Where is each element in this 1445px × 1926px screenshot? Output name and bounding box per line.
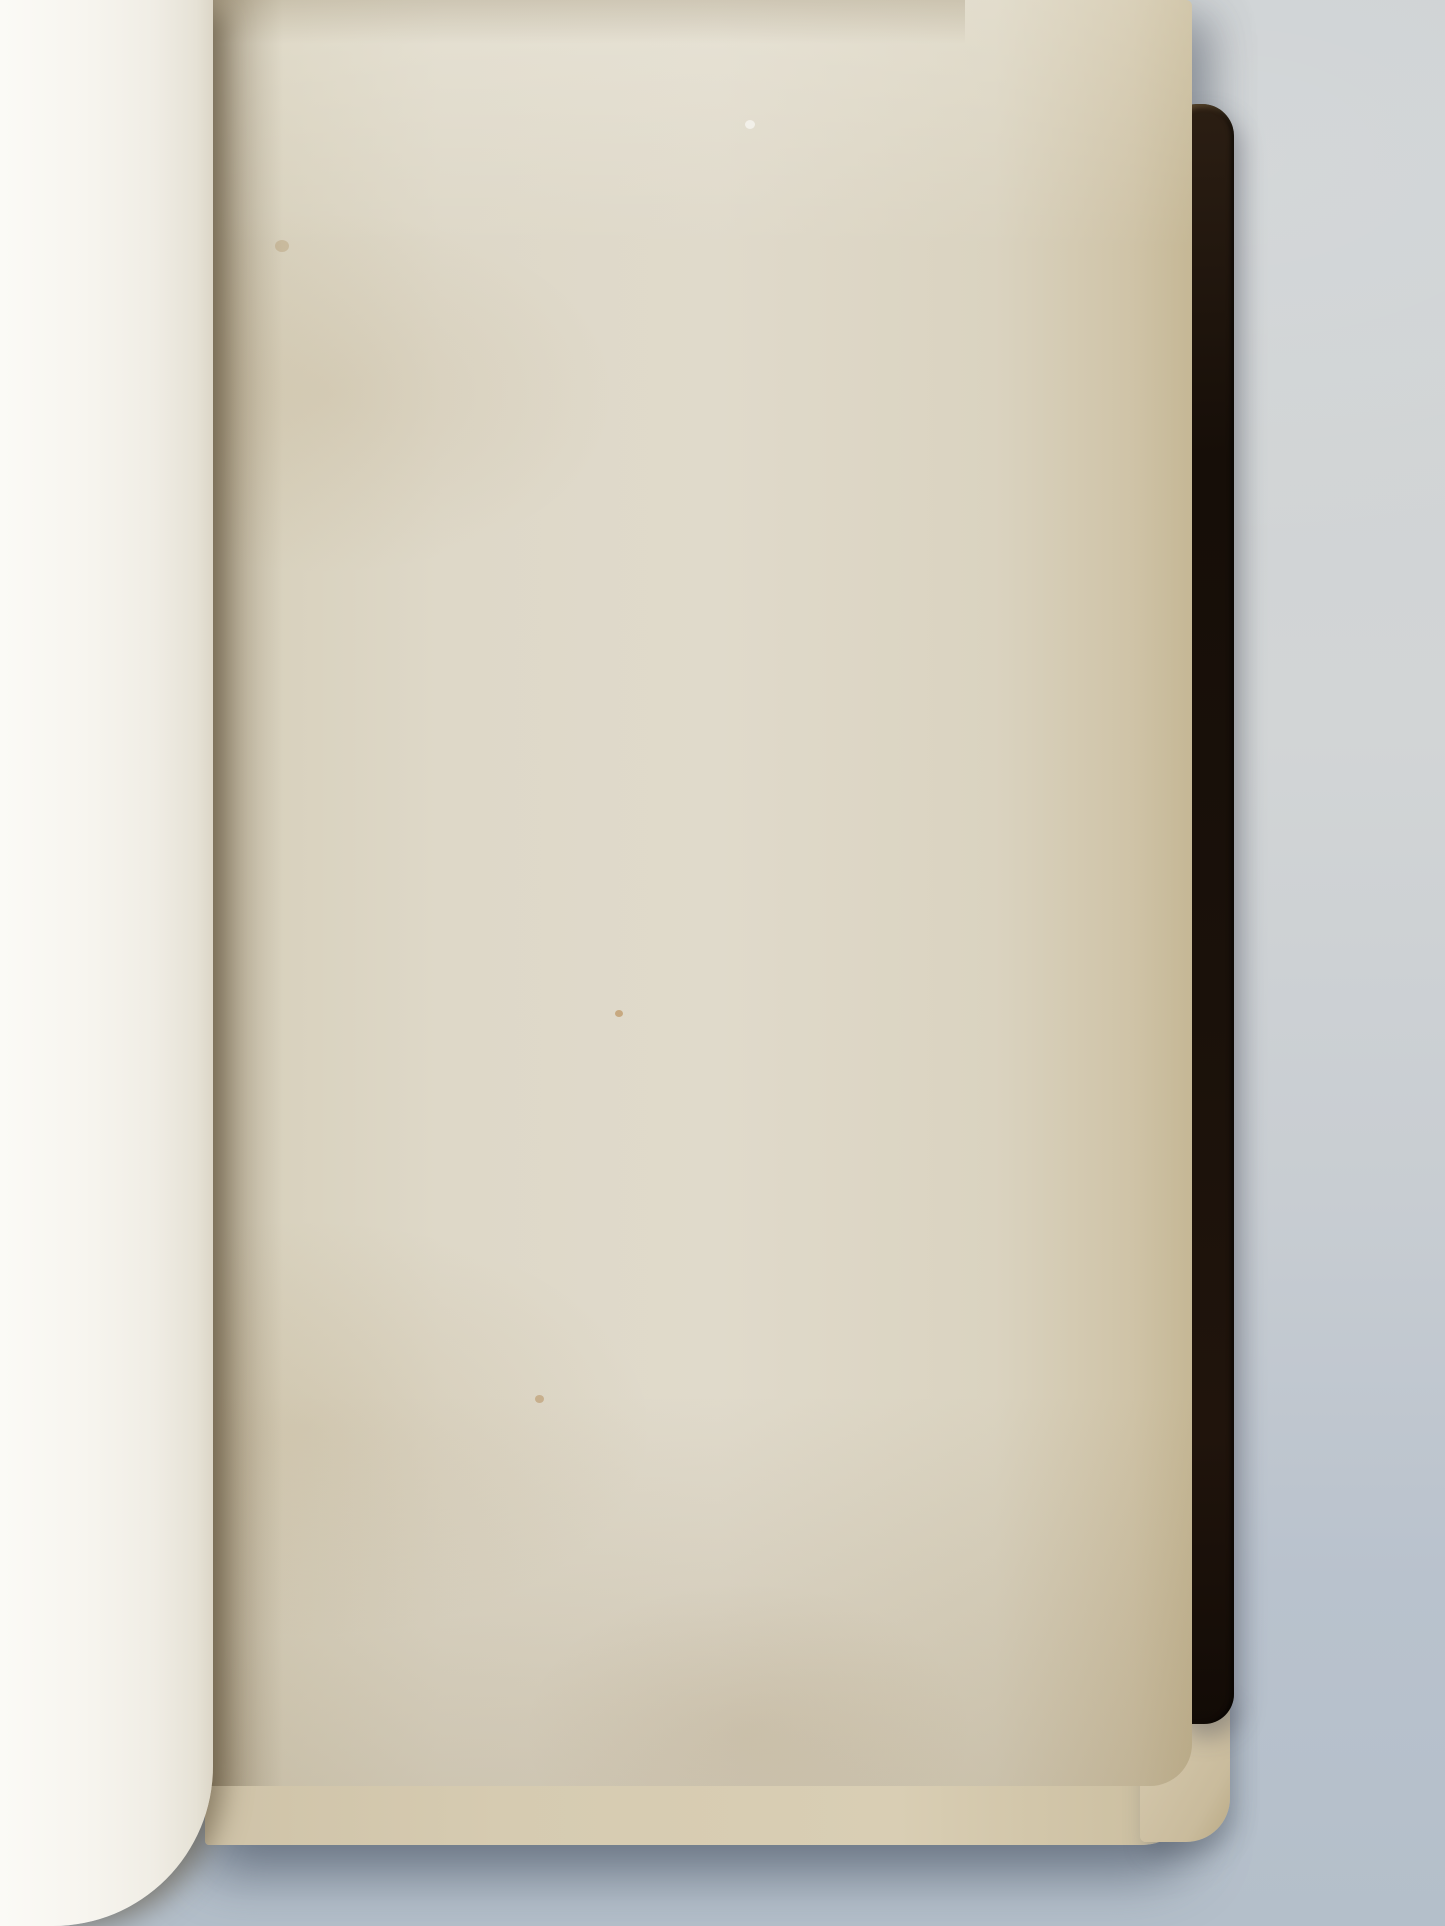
running-head-row xyxy=(241,148,909,184)
foxing-spot xyxy=(535,1395,544,1403)
left-page xyxy=(0,0,213,1926)
book-photo: { "colors": { "background_top": "#ced2d4… xyxy=(0,0,1445,1926)
foxing-spot xyxy=(615,1010,623,1017)
left-running-head-fragment xyxy=(0,24,213,138)
left-page-text xyxy=(0,24,213,54)
right-page-content xyxy=(241,0,909,326)
right-page xyxy=(205,0,1192,1786)
